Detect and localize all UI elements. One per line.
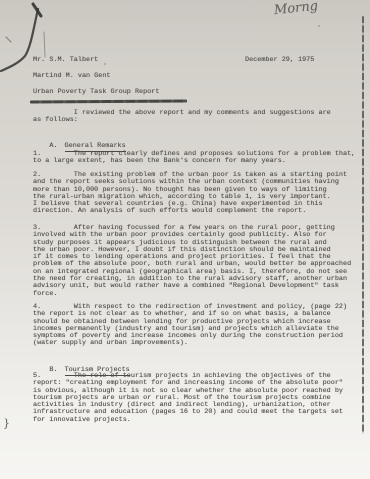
margin-pen-mark: }	[3, 417, 11, 430]
paragraph-4: 4. With respect to the redirection of in…	[33, 304, 347, 348]
recipient-line: Mr. S.M. Talbert	[33, 57, 98, 64]
paragraph-2: 2. The existing problem of the urban poo…	[33, 172, 347, 216]
handwritten-annotation: Morng	[273, 0, 318, 18]
paragraph-1: 1. The report clearly defines and propos…	[33, 151, 355, 166]
page-edge-line	[362, 16, 364, 434]
paragraph-3: 3. After having focussed for a few years…	[33, 225, 351, 298]
subject-underline	[30, 100, 187, 104]
scan-speck	[318, 25, 320, 27]
scan-speck	[104, 63, 106, 65]
intro-paragraph: I reviewed the above report and my comme…	[33, 110, 331, 125]
date-line: December 29, 1975	[245, 57, 314, 64]
paragraph-5: 5. The role of tourism projects in achie…	[33, 373, 343, 424]
memo-page: Morng Mr. S.M. Talbert December 29, 1975…	[0, 0, 370, 479]
sender-line: Martind M. van Gent	[33, 73, 111, 80]
subject-line: Urban Poverty Task Group Report	[33, 89, 159, 96]
